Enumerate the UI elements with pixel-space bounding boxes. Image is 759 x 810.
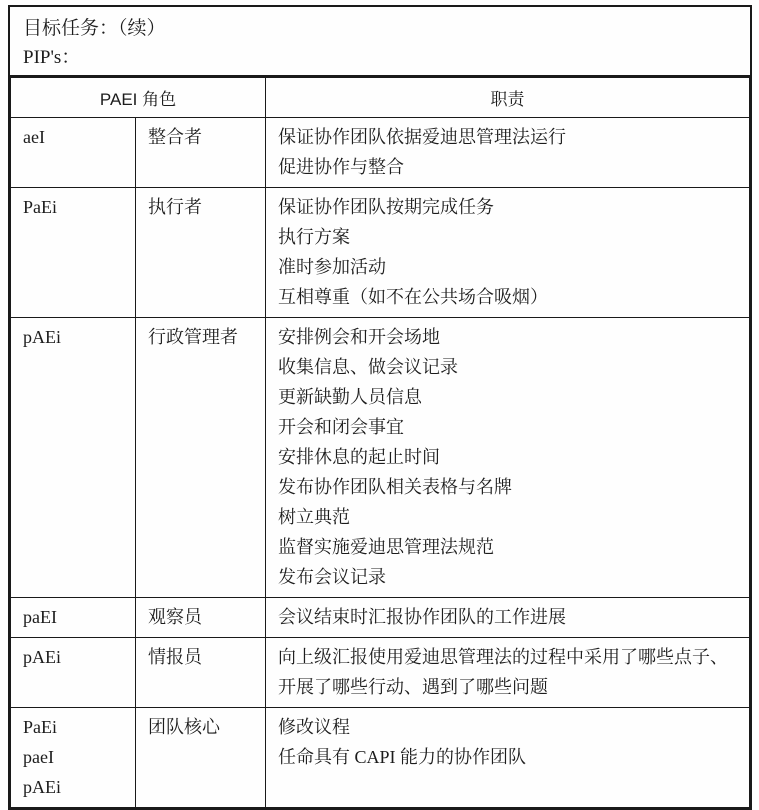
role-cell: 执行者 xyxy=(136,188,266,318)
duty-line: 树立典范 xyxy=(278,502,737,532)
duties-cell: 会议结束时汇报协作团队的工作进展 xyxy=(266,598,750,638)
table-row: pAEi 情报员 向上级汇报使用爱迪思管理法的过程中采用了哪些点子、开展了哪些行… xyxy=(11,638,750,708)
duty-line: 向上级汇报使用爱迪思管理法的过程中采用了哪些点子、开展了哪些行动、遇到了哪些问题 xyxy=(278,642,737,702)
role-cell: 情报员 xyxy=(136,638,266,708)
table-row: PaEipaeIpAEi 团队核心 修改议程任命具有 CAPI 能力的协作团队 xyxy=(11,708,750,808)
paei-code: paEI xyxy=(23,602,123,632)
role-name: 情报员 xyxy=(148,642,253,672)
duty-line: 发布协作团队相关表格与名牌 xyxy=(278,472,737,502)
paei-code-cell: PaEipaeIpAEi xyxy=(11,708,136,808)
duty-line: 开会和闭会事宜 xyxy=(278,412,737,442)
table-row: aeI 整合者 保证协作团队依据爱迪思管理法运行促进协作与整合 xyxy=(11,118,750,188)
role-cell: 观察员 xyxy=(136,598,266,638)
paei-code: pAEi xyxy=(23,772,123,802)
role-name: 执行者 xyxy=(148,192,253,222)
table-row: PaEi 执行者 保证协作团队按期完成任务执行方案准时参加活动互相尊重（如不在公… xyxy=(11,188,750,318)
paei-code-cell: pAEi xyxy=(11,318,136,598)
duty-line: 监督实施爱迪思管理法规范 xyxy=(278,532,737,562)
header-paei-role: PAEI 角色 xyxy=(11,78,266,118)
role-cell: 团队核心 xyxy=(136,708,266,808)
duty-line: 任命具有 CAPI 能力的协作团队 xyxy=(278,742,737,772)
paei-code-cell: pAEi xyxy=(11,638,136,708)
goal-task-title: 目标任务：（续） xyxy=(23,14,736,43)
paei-code: aeI xyxy=(23,122,123,152)
paei-code-cell: paEI xyxy=(11,598,136,638)
duty-line: 收集信息、做会议记录 xyxy=(278,352,737,382)
duty-line: 发布会议记录 xyxy=(278,562,737,592)
duties-cell: 向上级汇报使用爱迪思管理法的过程中采用了哪些点子、开展了哪些行动、遇到了哪些问题 xyxy=(266,638,750,708)
paei-code: pAEi xyxy=(23,642,123,672)
role-cell: 行政管理者 xyxy=(136,318,266,598)
paei-code-cell: PaEi xyxy=(11,188,136,318)
role-cell: 整合者 xyxy=(136,118,266,188)
table-row: paEI 观察员 会议结束时汇报协作团队的工作进展 xyxy=(11,598,750,638)
paei-code: pAEi xyxy=(23,322,123,352)
duties-cell: 保证协作团队依据爱迪思管理法运行促进协作与整合 xyxy=(266,118,750,188)
duty-line: 保证协作团队按期完成任务 xyxy=(278,192,737,222)
duty-line: 会议结束时汇报协作团队的工作进展 xyxy=(278,602,737,632)
table-header-row: PAEI 角色 职责 xyxy=(11,78,750,118)
duty-line: 执行方案 xyxy=(278,222,737,252)
duty-line: 更新缺勤人员信息 xyxy=(278,382,737,412)
role-name: 行政管理者 xyxy=(148,322,253,352)
duties-cell: 修改议程任命具有 CAPI 能力的协作团队 xyxy=(266,708,750,808)
header-duty: 职责 xyxy=(266,78,750,118)
document-page: 目标任务：（续） PIP's： PAEI 角色 职责 aeI 整合者 保证协作团… xyxy=(8,5,752,807)
role-name: 团队核心 xyxy=(148,712,253,742)
paei-code-cell: aeI xyxy=(11,118,136,188)
duty-line: 修改议程 xyxy=(278,712,737,742)
title-block: 目标任务：（续） PIP's： xyxy=(10,7,750,77)
duty-line: 促进协作与整合 xyxy=(278,152,737,182)
table-row: pAEi 行政管理者 安排例会和开会场地收集信息、做会议记录更新缺勤人员信息开会… xyxy=(11,318,750,598)
paei-code: PaEi xyxy=(23,192,123,222)
duty-line: 保证协作团队依据爱迪思管理法运行 xyxy=(278,122,737,152)
paei-code: PaEi xyxy=(23,712,123,742)
duty-line: 安排休息的起止时间 xyxy=(278,442,737,472)
duty-line: 互相尊重（如不在公共场合吸烟） xyxy=(278,282,737,312)
paei-code: paeI xyxy=(23,742,123,772)
duties-cell: 保证协作团队按期完成任务执行方案准时参加活动互相尊重（如不在公共场合吸烟） xyxy=(266,188,750,318)
duty-line: 安排例会和开会场地 xyxy=(278,322,737,352)
pips-label: PIP's： xyxy=(23,43,736,72)
duties-cell: 安排例会和开会场地收集信息、做会议记录更新缺勤人员信息开会和闭会事宜安排休息的起… xyxy=(266,318,750,598)
role-name: 观察员 xyxy=(148,602,253,632)
paei-roles-table: PAEI 角色 职责 aeI 整合者 保证协作团队依据爱迪思管理法运行促进协作与… xyxy=(10,77,750,807)
table-body: aeI 整合者 保证协作团队依据爱迪思管理法运行促进协作与整合 PaEi 执行者… xyxy=(11,118,750,808)
duty-line: 准时参加活动 xyxy=(278,252,737,282)
role-name: 整合者 xyxy=(148,122,253,152)
